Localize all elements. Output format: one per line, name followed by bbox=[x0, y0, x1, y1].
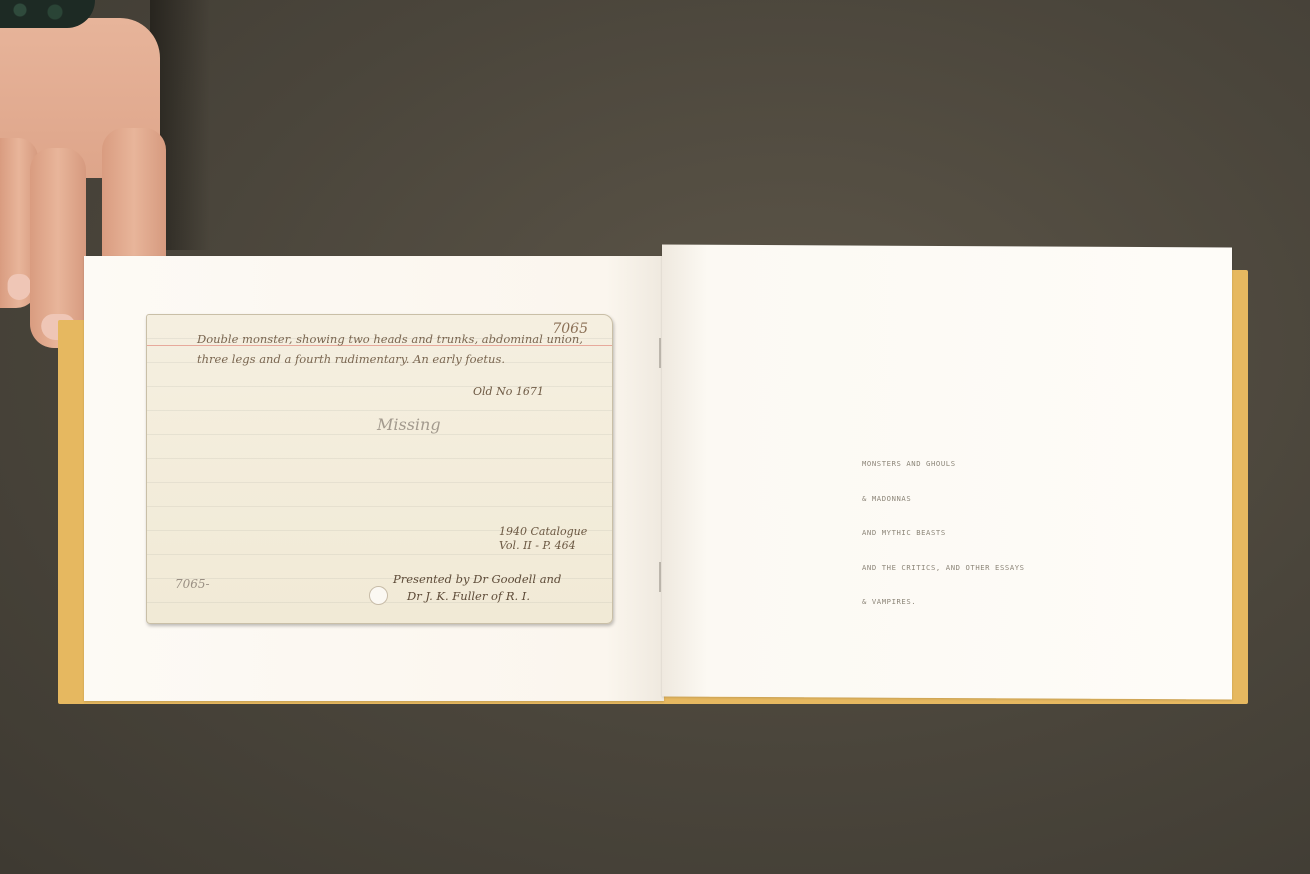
card-description: Double monster, showing two heads and tr… bbox=[197, 329, 607, 369]
catalog-card: 7065 Double monster, showing two heads a… bbox=[146, 314, 613, 624]
finger bbox=[30, 148, 86, 348]
presented-line: Presented by Dr Goodell and bbox=[393, 571, 561, 588]
presented-line: Dr J. K. Fuller of R. I. bbox=[393, 588, 561, 605]
card-status: Missing bbox=[377, 415, 441, 434]
card-left-number: 7065- bbox=[175, 577, 210, 591]
typed-line: MONSTERS AND GHOULS bbox=[862, 458, 1025, 470]
typed-line: AND MYTHIC BEASTS bbox=[862, 527, 1025, 539]
catalog-ref-line: Vol. II - P. 464 bbox=[499, 539, 587, 553]
card-presented: Presented by Dr Goodell and Dr J. K. Ful… bbox=[393, 571, 561, 605]
typed-title: MONSTERS AND GHOULS & MADONNAS AND MYTHI… bbox=[862, 435, 1025, 619]
card-hole bbox=[369, 586, 388, 605]
binding-stitch bbox=[659, 338, 661, 368]
typed-line: AND THE CRITICS, AND OTHER ESSAYS bbox=[862, 562, 1025, 574]
card-catalog-ref: 1940 Catalogue Vol. II - P. 464 bbox=[499, 525, 587, 553]
typed-line: & VAMPIRES. bbox=[862, 596, 1025, 608]
binding-stitch bbox=[659, 562, 661, 592]
fingernail bbox=[8, 274, 31, 300]
catalog-ref-line: 1940 Catalogue bbox=[499, 525, 587, 539]
typed-line: & MADONNAS bbox=[862, 493, 1025, 505]
sleeve bbox=[0, 0, 95, 28]
hand bbox=[0, 18, 160, 178]
card-old-number: Old No 1671 bbox=[473, 385, 544, 398]
